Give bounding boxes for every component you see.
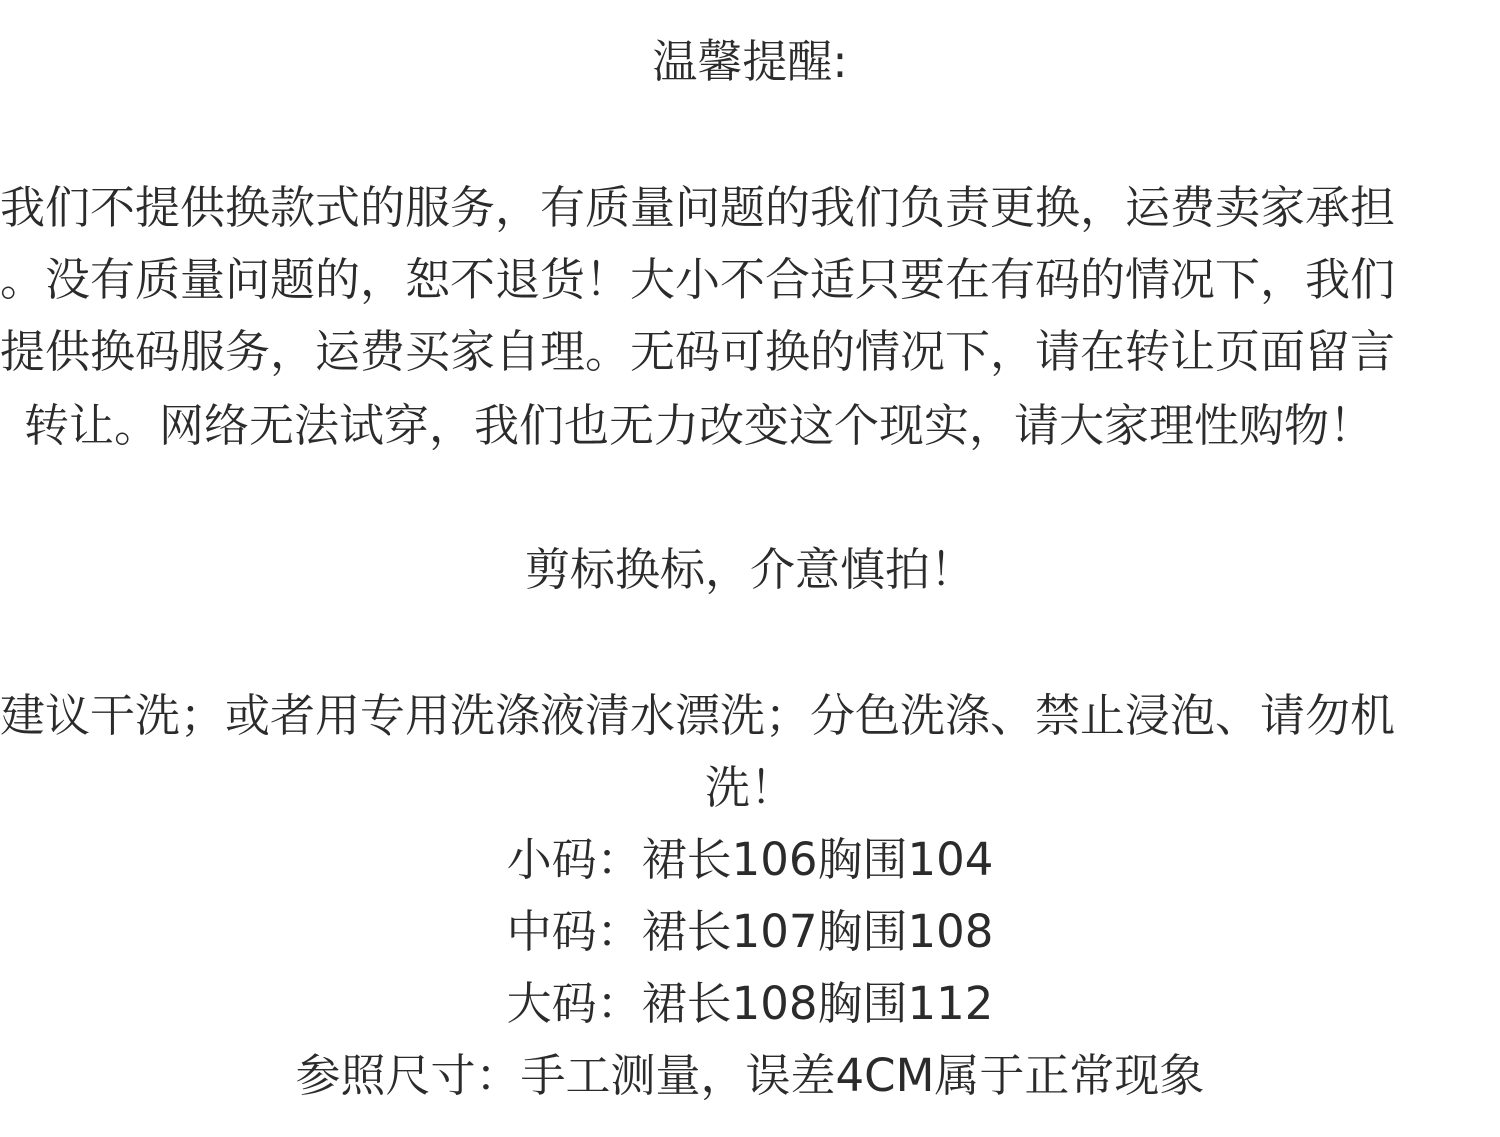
- size-detail: 裙长106胸围104: [642, 833, 994, 886]
- size-row-small: 小码：裙长106胸围104: [0, 830, 1500, 890]
- policy-line-4: 转让。网络无法试穿，我们也无力改变这个现实，请大家理性购物！: [24, 396, 1500, 456]
- measurement-note: 参照尺寸：手工测量，误差4CM属于正常现象: [0, 1046, 1500, 1106]
- notice-document: 温馨提醒: 我们不提供换款式的服务，有质量问题的我们负责更换，运费卖家承担 。没…: [0, 0, 1500, 1137]
- size-row-large: 大码：裙长108胸围112: [0, 974, 1500, 1034]
- care-instructions-line-1: 建议干洗；或者用专用洗涤液清水漂洗；分色洗涤、禁止浸泡、请勿机: [0, 686, 1500, 746]
- policy-line-2: 。没有质量问题的，恕不退货！大小不合适只要在有码的情况下，我们: [0, 250, 1500, 310]
- size-label: 小码：: [507, 833, 642, 886]
- size-label: 大码：: [507, 977, 642, 1030]
- size-detail: 裙长107胸围108: [642, 905, 994, 958]
- care-instructions-line-2: 洗！: [0, 758, 1500, 818]
- size-row-medium: 中码：裙长107胸围108: [0, 902, 1500, 962]
- policy-line-1: 我们不提供换款式的服务，有质量问题的我们负责更换，运费卖家承担: [0, 178, 1500, 238]
- policy-line-3: 提供换码服务，运费买家自理。无码可换的情况下，请在转让页面留言: [0, 322, 1500, 382]
- size-detail: 裙长108胸围112: [642, 977, 994, 1030]
- label-warning: 剪标换标，介意慎拍！: [0, 540, 1500, 600]
- size-label: 中码：: [507, 905, 642, 958]
- notice-title: 温馨提醒:: [0, 32, 1500, 92]
